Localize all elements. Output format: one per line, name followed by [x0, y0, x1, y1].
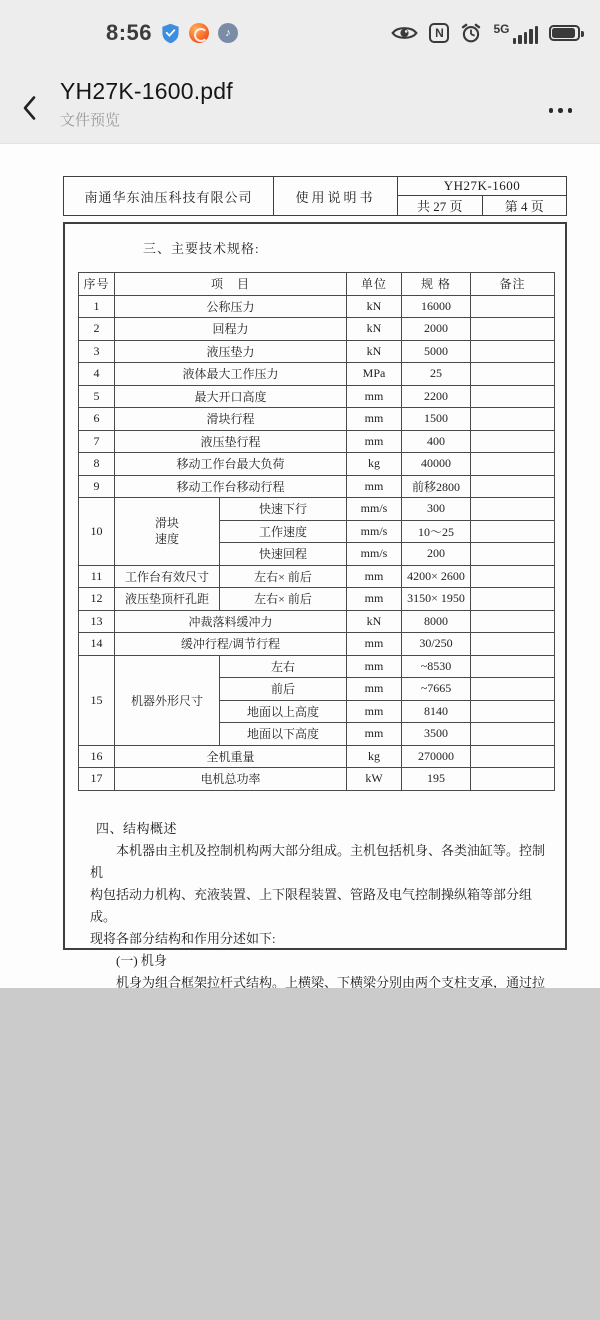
- cell-group: 滑块 速度: [115, 498, 220, 566]
- model-cell: YH27K-1600: [398, 177, 567, 196]
- spec-row: 6 滑块行程 mm 1500: [79, 408, 555, 431]
- cell-unit: mm: [347, 700, 402, 723]
- cell-item: 滑块行程: [115, 408, 347, 431]
- cell-subitem: 左右× 前后: [220, 565, 347, 588]
- network-type-label: 5G: [493, 23, 509, 35]
- cell-no: 7: [79, 430, 115, 453]
- cell-note: [471, 723, 555, 746]
- cell-no: 9: [79, 475, 115, 498]
- cell-unit: mm/s: [347, 498, 402, 521]
- back-button[interactable]: [14, 92, 44, 124]
- cell-spec: ~7665: [402, 678, 471, 701]
- content-frame: 三、主要技术规格: 序号 项 目 单位 规 格 备注 1 公称压力 kN 160…: [63, 222, 567, 950]
- cell-no: 10: [79, 498, 115, 566]
- spec-row: 1 公称压力 kN 16000: [79, 295, 555, 318]
- cell-subitem: 快速下行: [220, 498, 347, 521]
- cell-item: 液压垫顶杆孔距: [115, 588, 220, 611]
- status-bar-left: 8:56 ♪: [106, 16, 238, 50]
- cell-unit: mm: [347, 385, 402, 408]
- cell-subitem: 左右× 前后: [220, 588, 347, 611]
- cell-spec: 16000: [402, 295, 471, 318]
- hdr-spec: 规 格: [402, 273, 471, 296]
- cell-item: 缓冲行程/调节行程: [115, 633, 347, 656]
- hdr-no: 序号: [79, 273, 115, 296]
- spec-row: 14 缓冲行程/调节行程 mm 30/250: [79, 633, 555, 656]
- spec-row: 12 液压垫顶杆孔距 左右× 前后 mm 3150× 1950: [79, 588, 555, 611]
- app-header: YH27K-1600.pdf 文件预览: [0, 72, 600, 142]
- cell-subitem: 工作速度: [220, 520, 347, 543]
- cell-no: 16: [79, 745, 115, 768]
- spec-row: 4 液体最大工作压力 MPa 25: [79, 363, 555, 386]
- cell-spec: 2200: [402, 385, 471, 408]
- cell-note: [471, 385, 555, 408]
- hdr-unit: 单位: [347, 273, 402, 296]
- title-block: YH27K-1600.pdf 文件预览: [60, 78, 233, 130]
- cell-item: 工作台有效尺寸: [115, 565, 220, 588]
- cell-spec: 1500: [402, 408, 471, 431]
- cell-spec: 10～25: [402, 520, 471, 543]
- cell-spec: 200: [402, 543, 471, 566]
- overflow-menu-button[interactable]: [547, 102, 575, 119]
- cell-no: 14: [79, 633, 115, 656]
- file-title: YH27K-1600.pdf: [60, 78, 233, 105]
- sub-heading: (一) 机身: [90, 950, 553, 972]
- cell-note: [471, 430, 555, 453]
- cell-spec: 3500: [402, 723, 471, 746]
- cell-subitem: 地面以上高度: [220, 700, 347, 723]
- total-pages-cell: 共 27 页: [398, 196, 483, 216]
- cell-unit: kN: [347, 610, 402, 633]
- chevron-left-icon: [22, 95, 37, 121]
- cell-no: 5: [79, 385, 115, 408]
- eye-comfort-icon: [391, 24, 418, 42]
- cell-note: [471, 655, 555, 678]
- top-chrome: 8:56 ♪ N 5G: [0, 0, 600, 144]
- cell-subitem: 快速回程: [220, 543, 347, 566]
- cell-spec: 5000: [402, 340, 471, 363]
- cell-unit: mm/s: [347, 520, 402, 543]
- cell-spec: 30/250: [402, 633, 471, 656]
- cell-unit: mm: [347, 723, 402, 746]
- spec-row: 16 全机重量 kg 270000: [79, 745, 555, 768]
- clock-time: 8:56: [106, 20, 152, 46]
- ellipsis-icon: [549, 108, 554, 113]
- cell-note: [471, 768, 555, 791]
- cell-item: 电机总功率: [115, 768, 347, 791]
- company-name-cell: 南通华东油压科技有限公司: [64, 177, 274, 216]
- cell-subitem: 地面以下高度: [220, 723, 347, 746]
- cell-note: [471, 475, 555, 498]
- cell-note: [471, 363, 555, 386]
- cell-item: 液体最大工作压力: [115, 363, 347, 386]
- cell-spec: 8000: [402, 610, 471, 633]
- cell-note: [471, 520, 555, 543]
- status-bar-right: N 5G: [391, 16, 580, 50]
- cell-spec: 2000: [402, 318, 471, 341]
- cell-note: [471, 453, 555, 476]
- spec-row: 7 液压垫行程 mm 400: [79, 430, 555, 453]
- cell-no: 6: [79, 408, 115, 431]
- cell-unit: mm: [347, 655, 402, 678]
- cell-unit: kW: [347, 768, 402, 791]
- cell-subitem: 前后: [220, 678, 347, 701]
- cell-item: 全机重量: [115, 745, 347, 768]
- doc-type-cell: 使用说明书: [274, 177, 398, 216]
- cell-spec: 4200× 2600: [402, 565, 471, 588]
- cell-item: 液压垫行程: [115, 430, 347, 453]
- body-line: 本机器由主机及控制机构两大部分组成。主机包括机身、各类油缸等。控制机: [90, 840, 553, 884]
- cell-spec: 270000: [402, 745, 471, 768]
- cell-item: 回程力: [115, 318, 347, 341]
- file-subtitle: 文件预览: [60, 109, 233, 130]
- structure-overview-text: 四、结构概述 本机器由主机及控制机构两大部分组成。主机包括机身、各类油缸等。控制…: [90, 818, 553, 1016]
- cell-no: 12: [79, 588, 115, 611]
- status-bar: 8:56 ♪ N 5G: [0, 16, 600, 50]
- cell-unit: MPa: [347, 363, 402, 386]
- cell-unit: kN: [347, 318, 402, 341]
- cell-spec: 300: [402, 498, 471, 521]
- cell-unit: mm: [347, 430, 402, 453]
- signal-bars-icon: [513, 26, 539, 44]
- body-line: 构包括动力机构、充液装置、上下限程装置、管路及电气控制操纵箱等部分组成。: [90, 884, 553, 928]
- cell-spec: 前移2800: [402, 475, 471, 498]
- browser-notification-icon: [189, 23, 209, 43]
- cell-unit: mm: [347, 633, 402, 656]
- cell-spec: 40000: [402, 453, 471, 476]
- nfc-icon: N: [429, 23, 449, 43]
- music-notification-icon: ♪: [218, 23, 238, 43]
- hdr-item: 项 目: [115, 273, 347, 296]
- battery-fill: [552, 28, 575, 38]
- cell-item: 冲裁落料缓冲力: [115, 610, 347, 633]
- cell-unit: kg: [347, 453, 402, 476]
- cell-spec: 25: [402, 363, 471, 386]
- cell-unit: mm: [347, 588, 402, 611]
- cell-unit: mm: [347, 565, 402, 588]
- section-heading: 四、结构概述: [96, 818, 553, 840]
- cell-note: [471, 543, 555, 566]
- cell-spec: ~8530: [402, 655, 471, 678]
- spec-row: 5 最大开口高度 mm 2200: [79, 385, 555, 408]
- cell-subitem: 左右: [220, 655, 347, 678]
- section-title: 三、主要技术规格:: [143, 238, 260, 257]
- cell-unit: mm: [347, 475, 402, 498]
- page-number-cell: 第 4 页: [482, 196, 567, 216]
- spec-row: 11 工作台有效尺寸 左右× 前后 mm 4200× 2600: [79, 565, 555, 588]
- hdr-note: 备注: [471, 273, 555, 296]
- cell-item: 公称压力: [115, 295, 347, 318]
- cell-note: [471, 340, 555, 363]
- cell-unit: kg: [347, 745, 402, 768]
- cell-group: 机器外形尺寸: [115, 655, 220, 745]
- cell-no: 15: [79, 655, 115, 745]
- cellular-signal-icon: 5G: [493, 23, 538, 44]
- battery-icon: [549, 25, 580, 41]
- page-background-gutter: [0, 988, 600, 1320]
- cell-note: [471, 745, 555, 768]
- cell-unit: mm/s: [347, 543, 402, 566]
- spec-row: 17 电机总功率 kW 195: [79, 768, 555, 791]
- spec-table: 序号 项 目 单位 规 格 备注 1 公称压力 kN 16000 2 回程力 k…: [78, 272, 555, 791]
- body-line: 现将各部分结构和作用分述如下:: [90, 928, 553, 950]
- cell-no: 3: [79, 340, 115, 363]
- cell-spec: 3150× 1950: [402, 588, 471, 611]
- cell-item: 移动工作台移动行程: [115, 475, 347, 498]
- spec-row: 2 回程力 kN 2000: [79, 318, 555, 341]
- cell-item: 液压垫力: [115, 340, 347, 363]
- cell-note: [471, 633, 555, 656]
- cell-note: [471, 588, 555, 611]
- cell-no: 11: [79, 565, 115, 588]
- cell-no: 4: [79, 363, 115, 386]
- cell-item: 最大开口高度: [115, 385, 347, 408]
- doc-header-table: 南通华东油压科技有限公司 使用说明书 YH27K-1600 共 27 页 第 4…: [63, 176, 567, 216]
- alarm-icon: [460, 23, 482, 43]
- spec-row: 13 冲裁落料缓冲力 kN 8000: [79, 610, 555, 633]
- pdf-page: 南通华东油压科技有限公司 使用说明书 YH27K-1600 共 27 页 第 4…: [0, 144, 600, 988]
- spec-row: 3 液压垫力 kN 5000: [79, 340, 555, 363]
- cell-no: 2: [79, 318, 115, 341]
- cell-item: 移动工作台最大负荷: [115, 453, 347, 476]
- spec-row: 8 移动工作台最大负荷 kg 40000: [79, 453, 555, 476]
- cell-note: [471, 565, 555, 588]
- cell-spec: 400: [402, 430, 471, 453]
- cell-spec: 195: [402, 768, 471, 791]
- cell-note: [471, 700, 555, 723]
- cell-spec: 8140: [402, 700, 471, 723]
- cell-no: 17: [79, 768, 115, 791]
- cell-note: [471, 295, 555, 318]
- spec-row: 9 移动工作台移动行程 mm 前移2800: [79, 475, 555, 498]
- cell-note: [471, 318, 555, 341]
- cell-unit: mm: [347, 678, 402, 701]
- shield-notification-icon: [161, 23, 180, 44]
- cell-no: 8: [79, 453, 115, 476]
- cell-note: [471, 678, 555, 701]
- spec-header-row: 序号 项 目 单位 规 格 备注: [79, 273, 555, 296]
- cell-note: [471, 408, 555, 431]
- spec-row-group: 15 机器外形尺寸 左右 mm ~8530: [79, 655, 555, 678]
- cell-unit: mm: [347, 408, 402, 431]
- cell-note: [471, 610, 555, 633]
- cell-unit: kN: [347, 295, 402, 318]
- cell-note: [471, 498, 555, 521]
- cell-no: 1: [79, 295, 115, 318]
- cell-no: 13: [79, 610, 115, 633]
- spec-row-group: 10 滑块 速度 快速下行 mm/s 300: [79, 498, 555, 521]
- cell-unit: kN: [347, 340, 402, 363]
